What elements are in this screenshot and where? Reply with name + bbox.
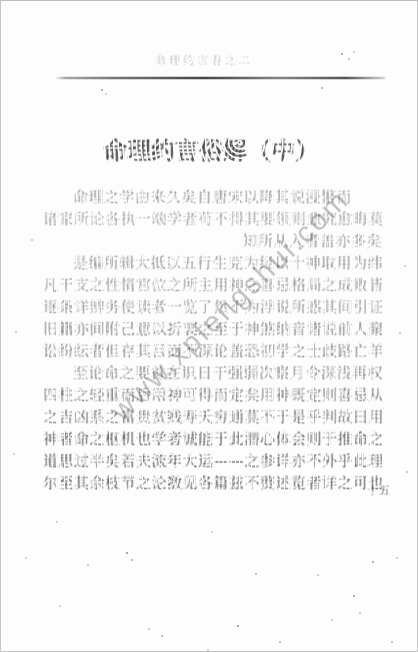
body-line: 至论命之要首在识日干强弱次察月令深浅再权	[43, 362, 382, 384]
body-line: 旧籍亦间附己意以折衷之至于神煞纳音诸说前人聚	[43, 318, 382, 340]
body-line: 尔至其余枝节之论散见各篇兹不赘述览者详之可也	[43, 472, 382, 494]
body-line: 道思过半矣若夫流年大运——之参详亦不外乎此理	[43, 450, 382, 472]
running-head: 命理约言卷之二	[139, 52, 269, 68]
end-mark: 十五	[367, 482, 391, 498]
body-text: 命理之学由来久矣自唐宋以降其说浸繁而 诸家所论各执一端学者苟不得其要领则愈究愈晦…	[43, 186, 382, 494]
body-line: 四柱之轻重而后用神可得而定矣用神既定则喜忌从	[43, 384, 382, 406]
body-line: 凡干支之性情宫位之所主用神之喜忌格局之成败皆	[43, 274, 382, 296]
body-line: 之吉凶系之富贵贫贱寿夭穷通莫不于是乎判故曰用	[43, 406, 382, 428]
page-container: www.xpfengshui.com 命理约言卷之二 命理约言俗解（中） 命理之…	[0, 0, 418, 652]
body-line: 神者命之枢机也学者诚能于此潜心体会则于推命之	[43, 428, 382, 450]
body-line: 命理之学由来久矣自唐宋以降其说浸繁而	[43, 186, 382, 208]
body-line: 是编所辑大抵以五行生克为经以十神取用为纬	[43, 252, 382, 274]
body-line: 逐条详辨务使读者一览了然不为浮说所惑其间引证	[43, 296, 382, 318]
header-rule	[55, 77, 385, 79]
body-line: 知所从入者盖亦多矣	[43, 230, 382, 252]
body-line: 诸家所论各执一端学者苟不得其要领则愈究愈晦莫	[43, 208, 382, 230]
body-line: 讼纷纭者但存其目而不深论盖恐初学之士歧路亡羊	[43, 340, 382, 362]
page-title: 命理约言俗解（中）	[103, 131, 327, 166]
